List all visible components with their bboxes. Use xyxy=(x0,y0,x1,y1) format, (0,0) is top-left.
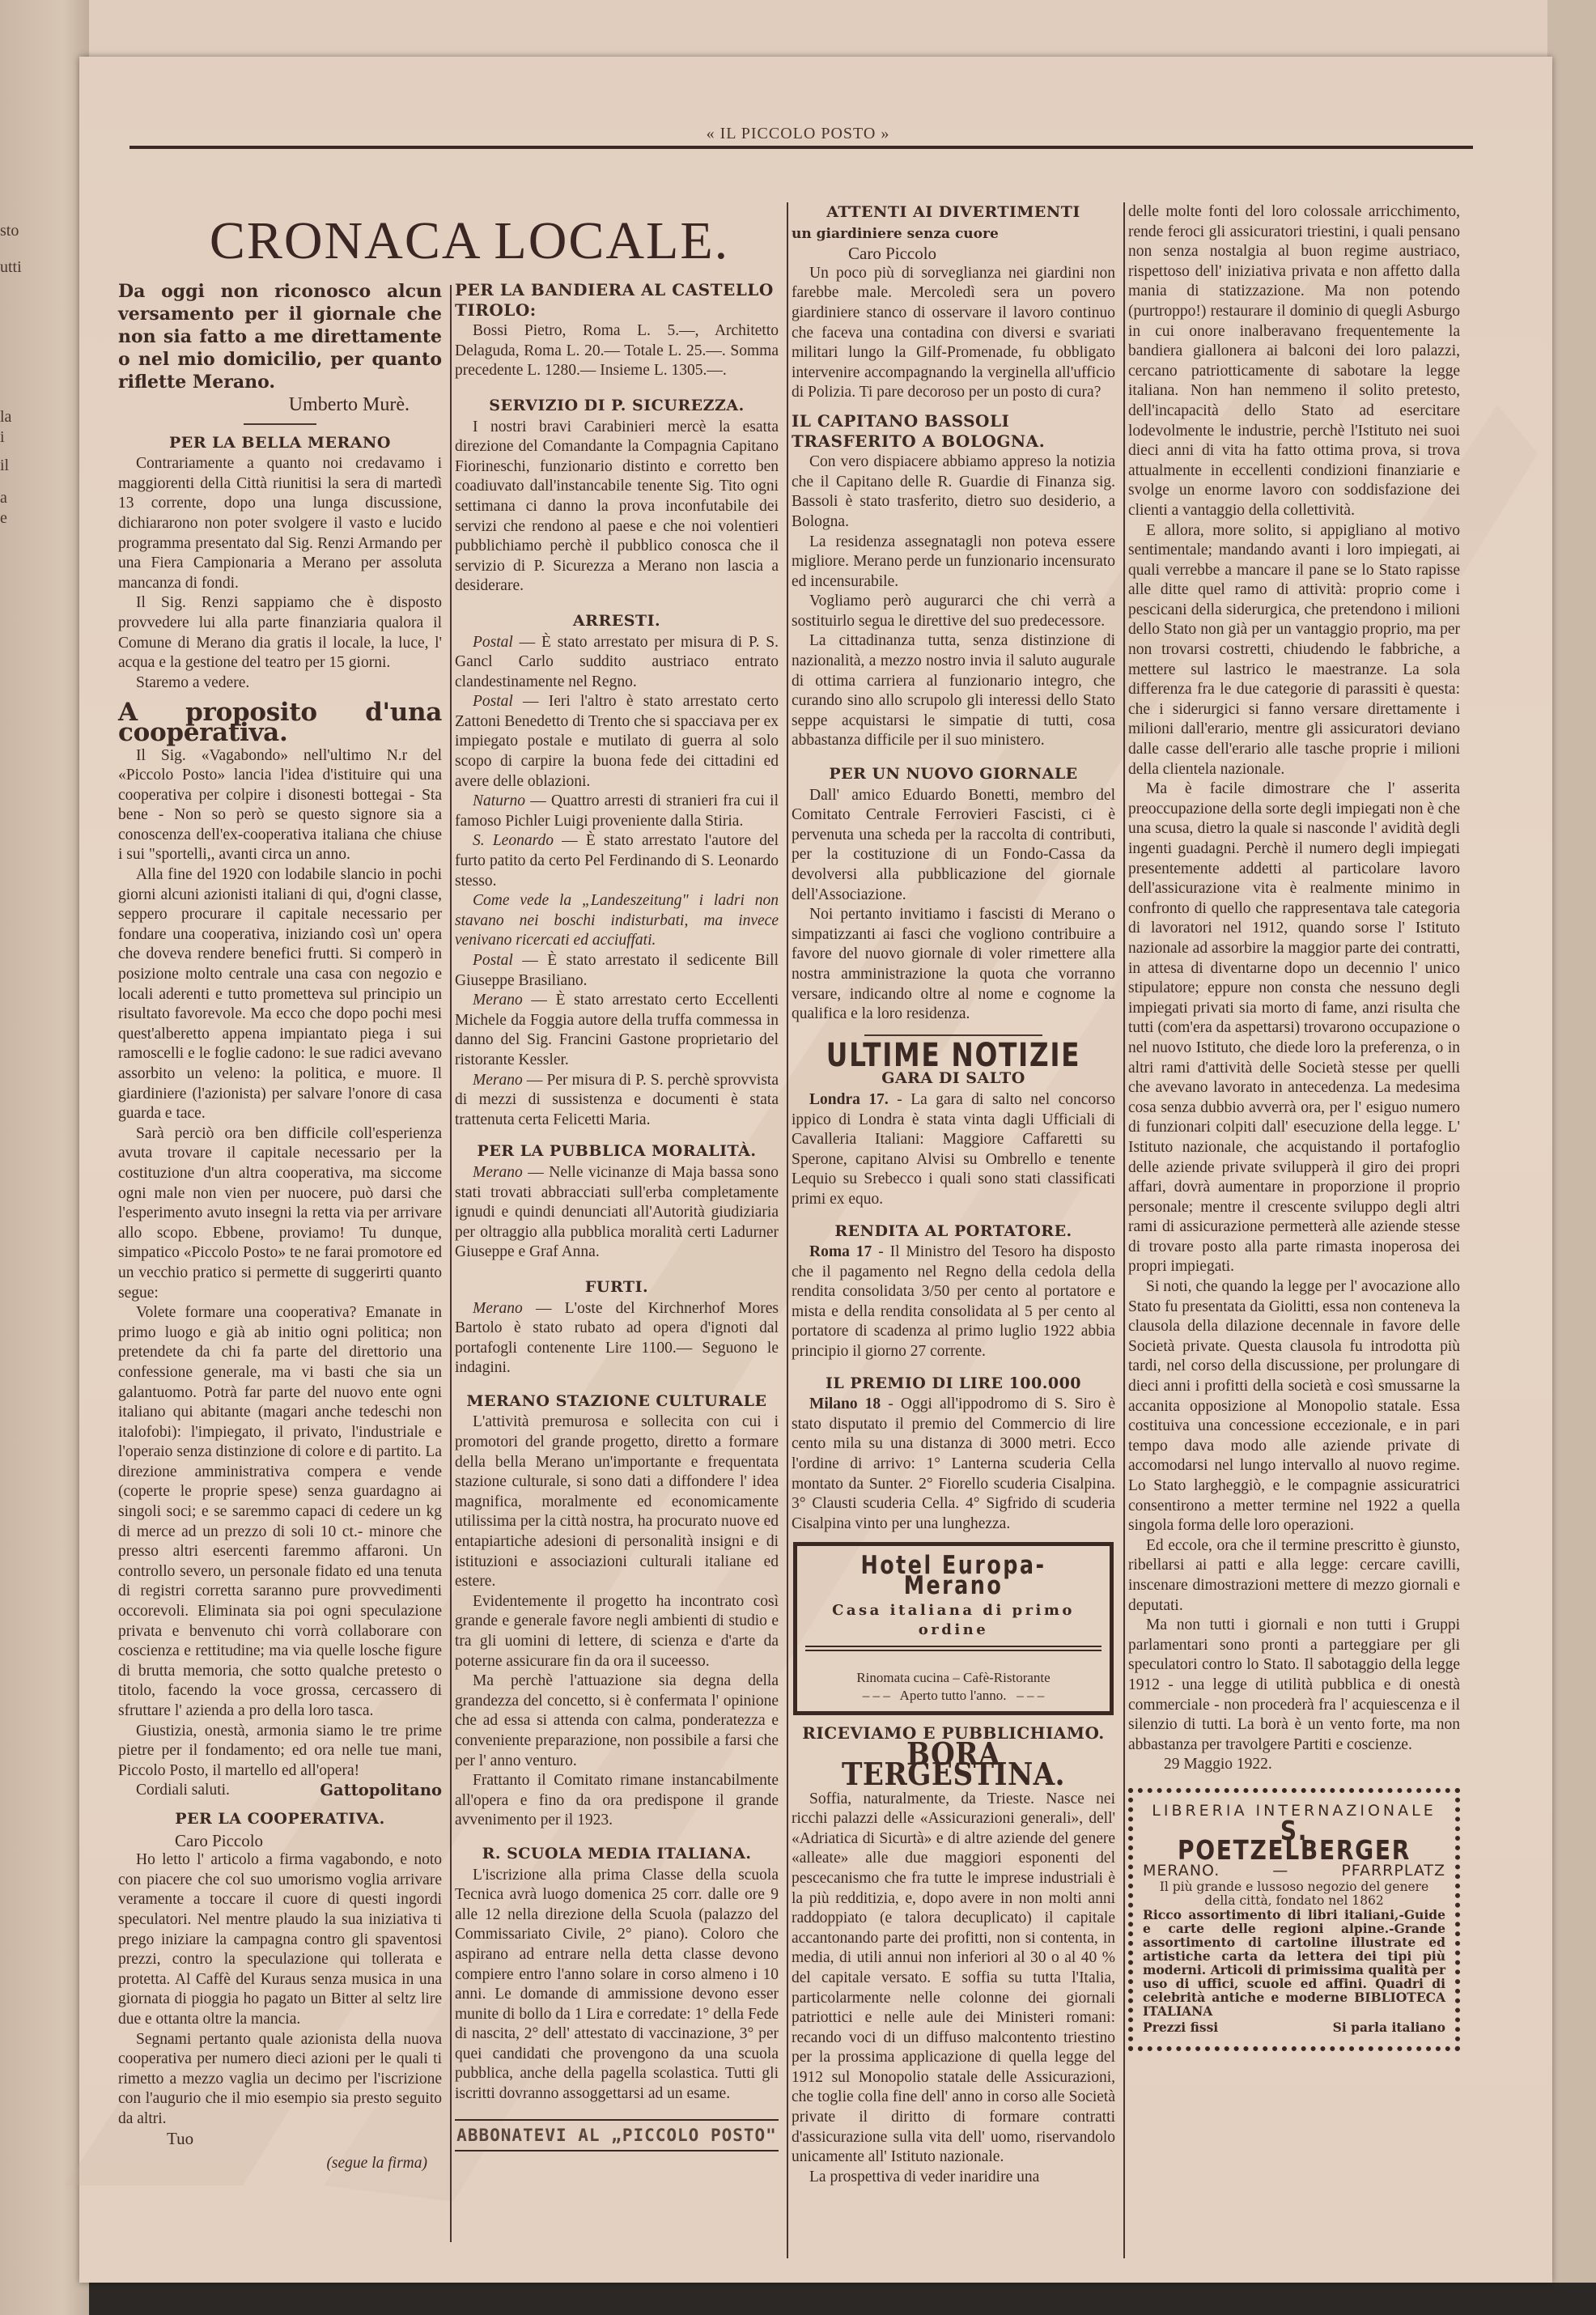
article-paragraph: L'attività premurosa e sollecita con cui… xyxy=(455,1412,779,1591)
dateline: Londra 17. xyxy=(809,1091,889,1108)
separator xyxy=(864,1034,1042,1036)
article-paragraph: Giustizia, onestà, armonia siamo le tre … xyxy=(118,1722,442,1782)
article-paragraph: Si noti, che quando la legge per l' avoc… xyxy=(1128,1277,1460,1536)
dateline-place: Postal xyxy=(473,952,513,969)
article-paragraph: Noi pertanto invitiamo i fascisti di Mer… xyxy=(792,905,1115,1025)
subscribe-banner: ABBONATEVI AL „PICCOLO POSTO" xyxy=(455,2119,779,2152)
article-paragraph: Bossi Pietro, Roma L. 5.—, Architetto De… xyxy=(455,321,779,381)
column-divider xyxy=(1123,202,1125,2258)
article-paragraph: Alla fine del 1920 con lodabile slancio … xyxy=(118,865,442,1124)
adjacent-page-fragment: a xyxy=(0,490,7,506)
article-title: ARRESTI. xyxy=(455,611,779,631)
article-title: A proposito d'una cooperativa. xyxy=(118,703,442,742)
article-paragraph: delle molte fonti del loro colossale arr… xyxy=(1128,202,1460,521)
article-paragraph: Sarà perciò ora ben difficile coll'esper… xyxy=(118,1124,442,1303)
hotel-name: Hotel Europa-Merano xyxy=(832,1556,1075,1595)
dateline-place: Merano xyxy=(473,992,523,1009)
article-headline: BORA TERGESTINA. xyxy=(808,1744,1099,1784)
arrest-item: S. Leonardo — È stato arrestato l'autore… xyxy=(455,831,779,891)
column-3: ATTENTI AI DIVERTIMENTI un giardiniere s… xyxy=(792,202,1115,2187)
article-paragraph: Londra 17. - La gara di salto nel concor… xyxy=(792,1090,1115,1210)
dateline: Roma 17 xyxy=(809,1243,872,1260)
article-paragraph: La prospettiva di veder inaridire una xyxy=(792,2168,1115,2188)
bookshop-body: Ricco assortimento di libri italiani,-Gu… xyxy=(1143,1908,1445,2018)
latest-news-heading: ULTIME NOTIZIE xyxy=(821,1046,1086,1066)
dateline-place: S. Leonardo xyxy=(473,832,554,849)
bookshop-name: S. POETZELBERGER xyxy=(1165,1821,1423,1861)
article-paragraph: Evidentemente il progetto ha incontrato … xyxy=(455,1592,779,1671)
hotel-advertisement: Hotel Europa-Merano Casa italiana di pri… xyxy=(793,1542,1114,1714)
arrest-item: Come vede la „Landeszeitung" i ladri non… xyxy=(455,891,779,951)
article-paragraph: Segnami pertanto quale azionista della n… xyxy=(118,2030,442,2130)
article-paragraph: Ma è facile dimostrare che l' asserita p… xyxy=(1128,779,1460,1277)
article-paragraph: Vogliamo però augurarci che chi verrà a … xyxy=(792,592,1115,631)
editor-signature: Umberto Murè. xyxy=(118,395,442,415)
double-rule xyxy=(805,1646,1101,1651)
column-4: delle molte fonti del loro colossale arr… xyxy=(1128,202,1460,2051)
bookshop-advertisement: LIBRERIA INTERNAZIONALE S. POETZELBERGER… xyxy=(1128,1788,1460,2051)
article-title: PER LA BELLA MERANO xyxy=(118,433,442,453)
article-paragraph: Dall' amico Eduardo Bonetti, membro del … xyxy=(792,786,1115,906)
article-paragraph: Merano — Nelle vicinanze di Maja bassa s… xyxy=(455,1163,779,1263)
arrest-item: Naturno — Quattro arresti di stranieri f… xyxy=(455,792,779,831)
article-date: 29 Maggio 1922. xyxy=(1128,1755,1460,1775)
article-paragraph: E allora, more solito, si appigliano al … xyxy=(1128,521,1460,780)
dateline-place: Merano xyxy=(473,1072,523,1089)
article-paragraph: Il Sig. Renzi sappiamo che è disposto pr… xyxy=(118,593,442,673)
column-1: Da oggi non riconosco alcun versamento p… xyxy=(118,280,442,2174)
bookshop-description: Il più grande e lussoso negozio del gene… xyxy=(1143,1880,1445,1908)
closing: Cordiali saluti. xyxy=(118,1781,230,1801)
article-text: - La gara di salto nel concorso ippico d… xyxy=(792,1091,1115,1208)
article-paragraph: Contrariamente a quanto noi credavamo i … xyxy=(118,454,442,593)
header-rule xyxy=(129,146,1473,149)
signature: Gattopolitano xyxy=(320,1781,442,1801)
article-subtitle: un giardiniere senza cuore xyxy=(792,224,1115,244)
article-title: PER UN NUOVO GIORNALE xyxy=(792,764,1115,784)
article-paragraph: Roma 17 - Il Ministro del Tesoro ha disp… xyxy=(792,1242,1115,1362)
article-paragraph: I nostri bravi Carabinieri mercè la esat… xyxy=(455,418,779,597)
column-2: PER LA BANDIERA AL CASTELLO TIROLO: Boss… xyxy=(455,280,779,2151)
bookshop-language: Si parla italiano xyxy=(1333,2018,1445,2038)
adjacent-page-edge: sto utti la i il a e xyxy=(0,0,89,2315)
signature-line: Cordiali saluti. Gattopolitano xyxy=(118,1781,442,1801)
dateline-place: Postal xyxy=(473,634,513,651)
running-head: « IL PICCOLO POSTO » xyxy=(0,125,1596,143)
separator xyxy=(244,423,316,425)
hotel-line: – – – Aperto tutto l'anno. – – – xyxy=(805,1687,1101,1705)
article-paragraph: Ho letto l' articolo a firma vagabondo, … xyxy=(118,1850,442,2029)
article-paragraph: Ma perchè l'attuazione sia degna della g… xyxy=(455,1671,779,1771)
article-text: - Il Ministro del Tesoro ha disposto che… xyxy=(792,1243,1115,1360)
article-paragraph: Soffia, naturalmente, da Trieste. Nasce … xyxy=(792,1790,1115,2168)
arrest-item: Postal — Ieri l'altro è stato arrestato … xyxy=(455,692,779,792)
bookshop-footer: Prezzi fissi Si parla italiano xyxy=(1143,2018,1445,2038)
article-paragraph: Ma non tutti i giornali e non tutti i Gr… xyxy=(1128,1616,1460,1755)
dateline-place: Naturno xyxy=(473,792,525,809)
adjacent-page-fragment: il xyxy=(0,457,9,474)
article-text: - Oggi all'ippodromo di S. Siro è stato … xyxy=(792,1395,1115,1532)
article-title: ATTENTI AI DIVERTIMENTI xyxy=(792,202,1115,223)
article-paragraph: Frattanto il Comitato rimane instancabil… xyxy=(455,1771,779,1831)
background-right xyxy=(1547,0,1596,2315)
bookshop-prices: Prezzi fissi xyxy=(1143,2018,1218,2038)
article-paragraph: Milano 18 - Oggi all'ippodromo di S. Sir… xyxy=(792,1395,1115,1534)
article-title: PER LA BANDIERA AL CASTELLO TIROLO: xyxy=(455,280,779,320)
adjacent-page-fragment: e xyxy=(0,510,7,526)
dateline: Milano 18 xyxy=(809,1395,881,1412)
article-paragraph: Volete formare una cooperativa? Emanate … xyxy=(118,1303,442,1721)
article-title: RENDITA AL PORTATORE. xyxy=(792,1221,1115,1242)
article-paragraph: L'iscrizione alla prima Classe della scu… xyxy=(455,1866,779,2105)
column-divider xyxy=(450,285,452,2242)
background-top xyxy=(0,0,1596,58)
article-title: PER LA COOPERATIVA. xyxy=(118,1809,442,1829)
article-paragraph: La cittadinanza tutta, senza distinzione… xyxy=(792,631,1115,751)
closing: Tuo xyxy=(118,2129,442,2149)
article-paragraph: Ed eccole, ora che il termine prescritto… xyxy=(1128,1536,1460,1616)
dateline-place: Merano xyxy=(473,1300,523,1317)
hotel-line: Rinomata cucina – Cafè-Ristorante xyxy=(805,1669,1101,1687)
article-title: SERVIZIO DI P. SICUREZZA. xyxy=(455,396,779,416)
arrest-item: Postal — È stato arrestato per misura di… xyxy=(455,633,779,693)
adjacent-page-fragment: sto xyxy=(0,223,19,239)
arrest-item: Postal — È stato arrestato il sedicente … xyxy=(455,951,779,991)
column-divider xyxy=(787,202,788,2258)
article-title: FURTI. xyxy=(455,1277,779,1298)
dateline-place: Merano xyxy=(473,1164,523,1181)
salutation: Caro Piccolo xyxy=(118,1831,442,1851)
article-title: PER LA PUBBLICA MORALITÀ. xyxy=(455,1141,779,1162)
dateline-place: Postal xyxy=(473,693,513,710)
article-paragraph: Con vero dispiacere abbiamo appreso la n… xyxy=(792,452,1115,532)
article-title: IL PREMIO DI LIRE 100.000 xyxy=(792,1374,1115,1394)
hotel-tagline: Casa italiana di primo ordine xyxy=(805,1601,1101,1641)
adjacent-page-fragment: la xyxy=(0,409,11,425)
background-bottom xyxy=(0,2283,1596,2315)
arrests-list: Postal — È stato arrestato per misura di… xyxy=(455,633,779,1131)
article-title: MERANO STAZIONE CULTURALE xyxy=(455,1391,779,1412)
article-title: IL CAPITANO BASSOLI TRASFERITO A BOLOGNA… xyxy=(792,411,1115,451)
section-masthead: CRONACA LOCALE. xyxy=(162,210,777,272)
article-title: R. SCUOLA MEDIA ITALIANA. xyxy=(455,1844,779,1864)
signature-note: (segue la firma) xyxy=(118,2154,442,2174)
article-paragraph: Merano — L'oste del Kirchnerhof Mores Ba… xyxy=(455,1299,779,1378)
article-paragraph: La residenza assegnatagli non poteva ess… xyxy=(792,533,1115,593)
editor-notice: Da oggi non riconosco alcun versamento p… xyxy=(118,280,442,393)
arrest-item: Merano — Per misura di P. S. perchè spro… xyxy=(455,1071,779,1131)
article-paragraph: Il Sig. «Vagabondo» nell'ultimo N.r del … xyxy=(118,746,442,866)
article-paragraph: Staremo a vedere. xyxy=(118,673,442,694)
adjacent-page-fragment: utti xyxy=(0,259,22,275)
arrest-item: Merano — È stato arrestato certo Eccelle… xyxy=(455,991,779,1070)
adjacent-page-fragment: i xyxy=(0,429,5,445)
article-paragraph: Un poco più di sorveglianza nei giardini… xyxy=(792,264,1115,403)
salutation: Caro Piccolo xyxy=(792,244,1115,264)
